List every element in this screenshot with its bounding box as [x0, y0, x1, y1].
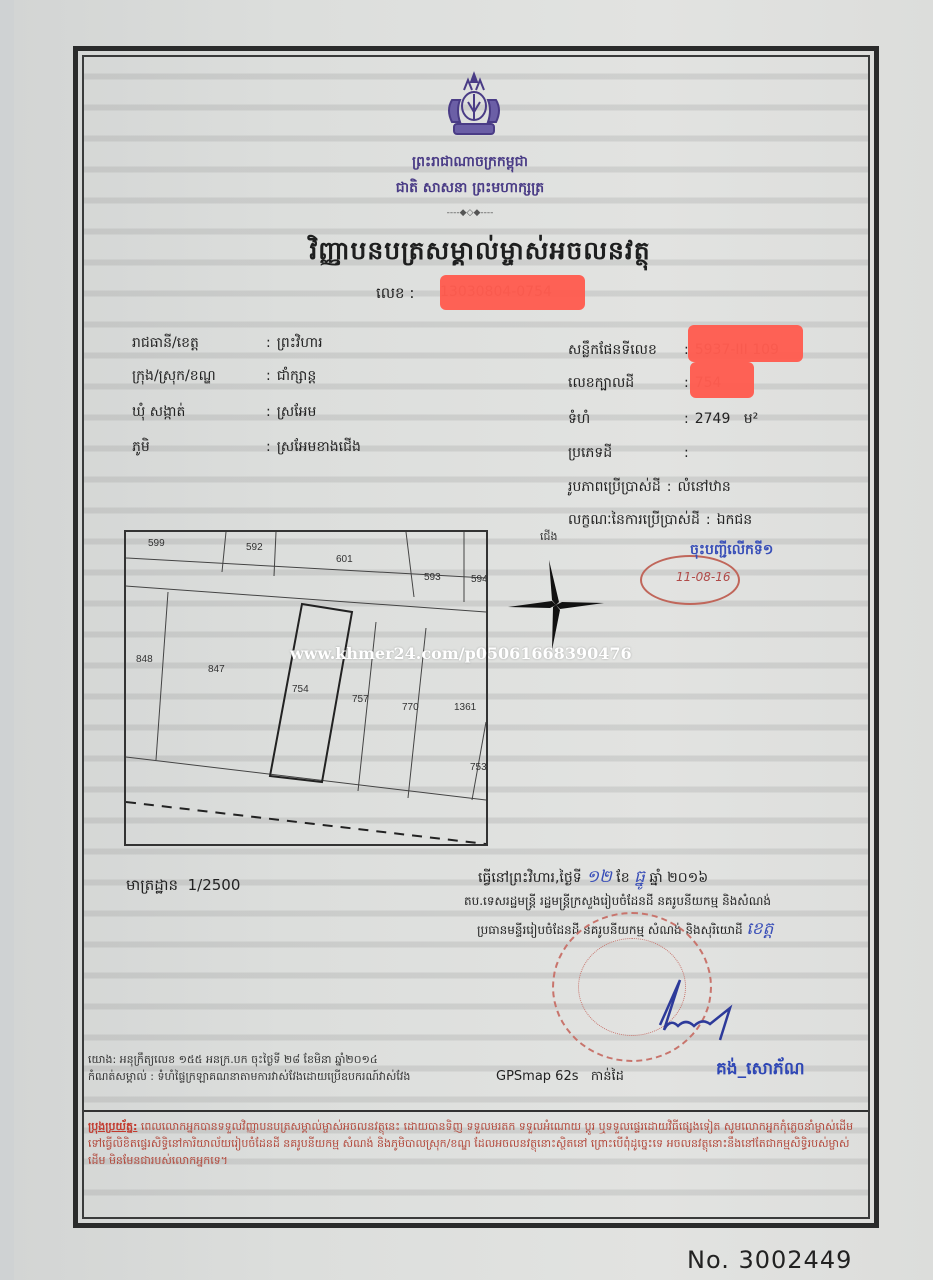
field-district: ក្រុង/ស្រុក/ខណ្ឌ:ជាំក្សាន្ត — [132, 366, 316, 387]
parcel-label: 593 — [424, 572, 441, 583]
parcel-label: 757 — [352, 694, 369, 705]
cadastral-map: 5995926015935948488477547577701361753 — [124, 530, 488, 846]
watermark-url: www.khmer24.com/p05061668390476 — [290, 644, 632, 663]
legal-reference: យោង: អនុក្រឹត្យលេខ ១៥៥ អនក្រ.បក ចុះថ្ងៃទ… — [88, 1053, 378, 1069]
field-commune: ឃុំ សង្កាត់:ស្រអែម — [132, 402, 316, 423]
signatory-line-1: តប.ទេសរដ្ឋមន្ត្រី រដ្ឋមន្ត្រីក្រសួងរៀបចំ… — [464, 893, 771, 911]
registration-stamp-text: ចុះបញ្ជីលើកទី១ — [690, 540, 773, 561]
field-land-type: ប្រភេទដី: — [568, 443, 695, 464]
measurement-remark: កំណត់សម្គាល់ : ទំហំផ្ទៃក្រឡាគណនាតាមការវា… — [88, 1070, 410, 1086]
parcel-label: 754 — [292, 684, 309, 695]
serial-number: No. 3002449 — [687, 1246, 852, 1274]
parcel-label: 847 — [208, 664, 225, 675]
parcel-label: 848 — [136, 654, 153, 665]
registration-stamp-date: 11-08-16 — [676, 570, 730, 584]
national-motto: ជាតិ សាសនា ព្រះមហាក្សត្រ — [300, 178, 640, 199]
north-arrow-icon — [508, 560, 604, 650]
map-scale: មាត្រដ្ឋាន 1/2500 — [126, 876, 240, 898]
kingdom-name: ព្រះរាជាណាចក្រកម្ពុជា — [300, 152, 640, 173]
field-village: ភូមិ:ស្រអែមខាងជើង — [132, 437, 361, 458]
parcel-label: 601 — [336, 554, 353, 565]
warning-text: ប្រុងប្រយ័ត្ន: ពេលលោកអ្នកបានទទួលវិញ្ញាបន… — [88, 1118, 863, 1169]
signature — [650, 970, 760, 1045]
field-area: ទំហំ:2749 ម² — [568, 409, 758, 430]
field-land-use: រូបភាពប្រើប្រាស់ដី:លំនៅឋាន — [568, 477, 731, 498]
redaction-mark — [440, 275, 585, 310]
parcel-label: 753 — [470, 762, 486, 773]
certificate-no-label: លេខ : — [376, 284, 414, 306]
signatory-name: គង់_សោភ័ណ — [716, 1058, 805, 1083]
parcel-label: 770 — [402, 702, 419, 713]
field-province: រាជធានី/ខេត្ត:ព្រះវិហារ — [132, 333, 323, 354]
document-title: វិញ្ញាបនបត្រសម្គាល់ម្ចាស់អចលនវត្ថុ — [240, 236, 720, 272]
redaction-mark — [690, 362, 754, 398]
gps-device: GPSmap 62s កាន់ដៃ — [496, 1068, 624, 1087]
parcel-label: 1361 — [454, 702, 477, 713]
ornament-divider: ----◆◇◆---- — [420, 208, 520, 218]
redaction-mark — [688, 325, 803, 362]
field-land-use-nature: លក្ខណៈនៃការប្រើប្រាស់ដី:ឯកជន — [568, 510, 752, 531]
north-label: ជើង — [540, 530, 557, 546]
royal-coat-of-arms-icon — [438, 70, 510, 142]
parcel-label: 599 — [148, 538, 165, 549]
issuance-date: ធ្វើនៅព្រះវិហារ,ថ្ងៃទី ១២ ខែ ធ្នូ ឆ្នាំ … — [478, 866, 708, 891]
parcel-label: 592 — [246, 542, 263, 553]
parcel-label: 594 — [471, 574, 486, 585]
